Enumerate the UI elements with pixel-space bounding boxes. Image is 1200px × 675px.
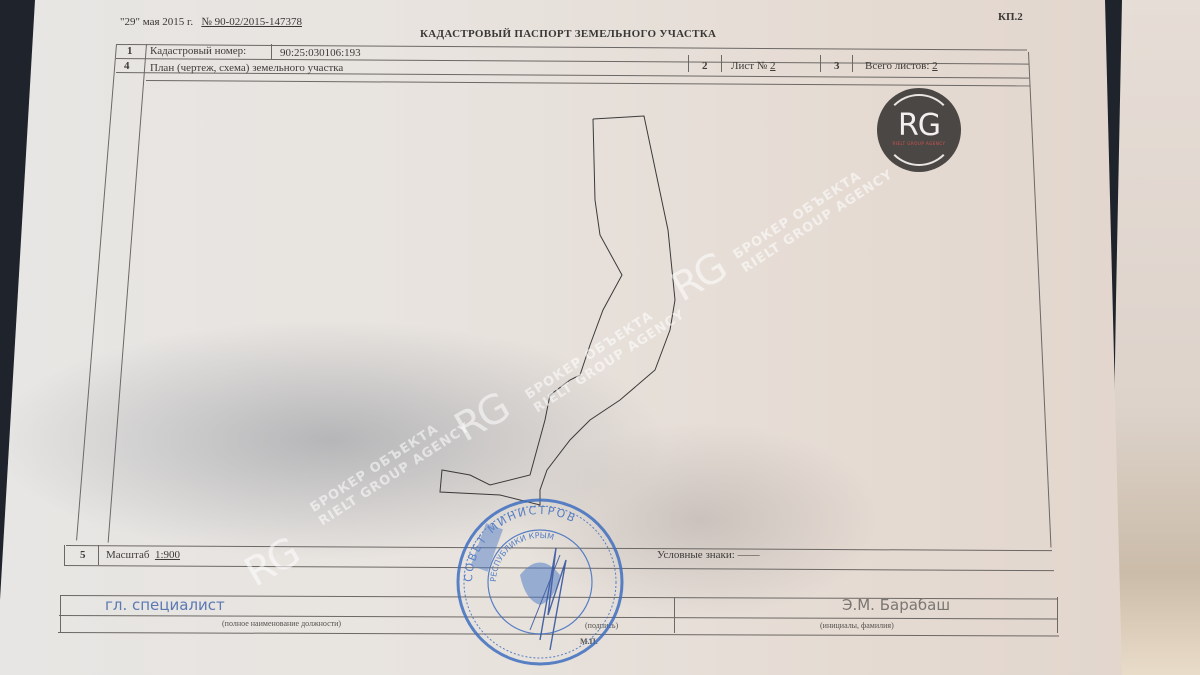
- table-line: [271, 44, 272, 59]
- table-line: [66, 545, 1052, 551]
- table-line: [1028, 52, 1051, 548]
- document-number: № 90-02/2015-147378: [201, 16, 302, 28]
- position-title: гл. специалист: [105, 596, 225, 614]
- table-line: [59, 615, 1058, 619]
- cadastral-number-label: Кадастровый номер:: [150, 45, 246, 57]
- form-code: КП.2: [998, 11, 1023, 23]
- signature-caption: (подпись): [585, 621, 618, 630]
- sheet-number: Лист № 2: [731, 60, 776, 72]
- total-value: 2: [932, 60, 938, 72]
- table-line: [64, 565, 1054, 571]
- table-line: [64, 545, 65, 565]
- table-line: [108, 44, 147, 543]
- table-line: [98, 545, 99, 565]
- plan-label: План (чертеж, схема) земельного участка: [150, 62, 343, 74]
- document-date-number: "29" мая 2015 г. № 90-02/2015-147378: [120, 16, 302, 28]
- row1-number: 1: [127, 45, 133, 57]
- document-title: КАДАСТРОВЫЙ ПАСПОРТ ЗЕМЕЛЬНОГО УЧАСТКА: [420, 28, 716, 40]
- legend-label: Условные знаки:: [657, 549, 735, 561]
- logo-ring: [883, 94, 955, 166]
- row4-number: 4: [124, 60, 130, 72]
- official-name: Э.М. Барабаш: [842, 596, 950, 614]
- rg-agency-logo: RG RIELT GROUP AGENCY: [877, 88, 961, 172]
- scale-label: Масштаб: [106, 549, 149, 561]
- table-line: [76, 44, 117, 540]
- legend: Условные знаки: ——: [657, 549, 760, 561]
- legend-symbol: ——: [738, 549, 760, 561]
- total-field-number: 3: [834, 60, 840, 72]
- table-line: [820, 55, 821, 72]
- document-date: "29" мая 2015 г.: [120, 16, 193, 28]
- table-line: [688, 55, 689, 72]
- table-line: [60, 595, 61, 632]
- table-line: [674, 597, 675, 633]
- total-sheets: Всего листов: 2: [865, 60, 938, 72]
- background-sheet: [1110, 0, 1200, 675]
- table-line: [721, 55, 722, 72]
- cadastral-passport-sheet: "29" мая 2015 г. № 90-02/2015-147378 КАД…: [0, 0, 1130, 675]
- table-line: [1057, 597, 1058, 633]
- sheet-label: Лист №: [731, 60, 767, 72]
- position-caption: (полное наименование должности): [222, 619, 341, 628]
- cadastral-number-value: 90:25:030106:193: [280, 47, 361, 59]
- scale-value: 1:900: [155, 549, 180, 561]
- table-line: [117, 44, 1027, 51]
- sheet-value: 2: [770, 60, 776, 72]
- total-label: Всего листов:: [865, 60, 929, 72]
- scale: Масштаб 1:900: [106, 549, 180, 561]
- sheet-field-number: 2: [702, 60, 708, 72]
- table-line: [58, 632, 1059, 636]
- row5-number: 5: [80, 549, 86, 561]
- name-caption: (инициалы, фамилия): [820, 621, 894, 630]
- table-line: [146, 80, 1030, 86]
- stamp-mark: М.П.: [580, 637, 598, 646]
- table-line: [852, 55, 853, 72]
